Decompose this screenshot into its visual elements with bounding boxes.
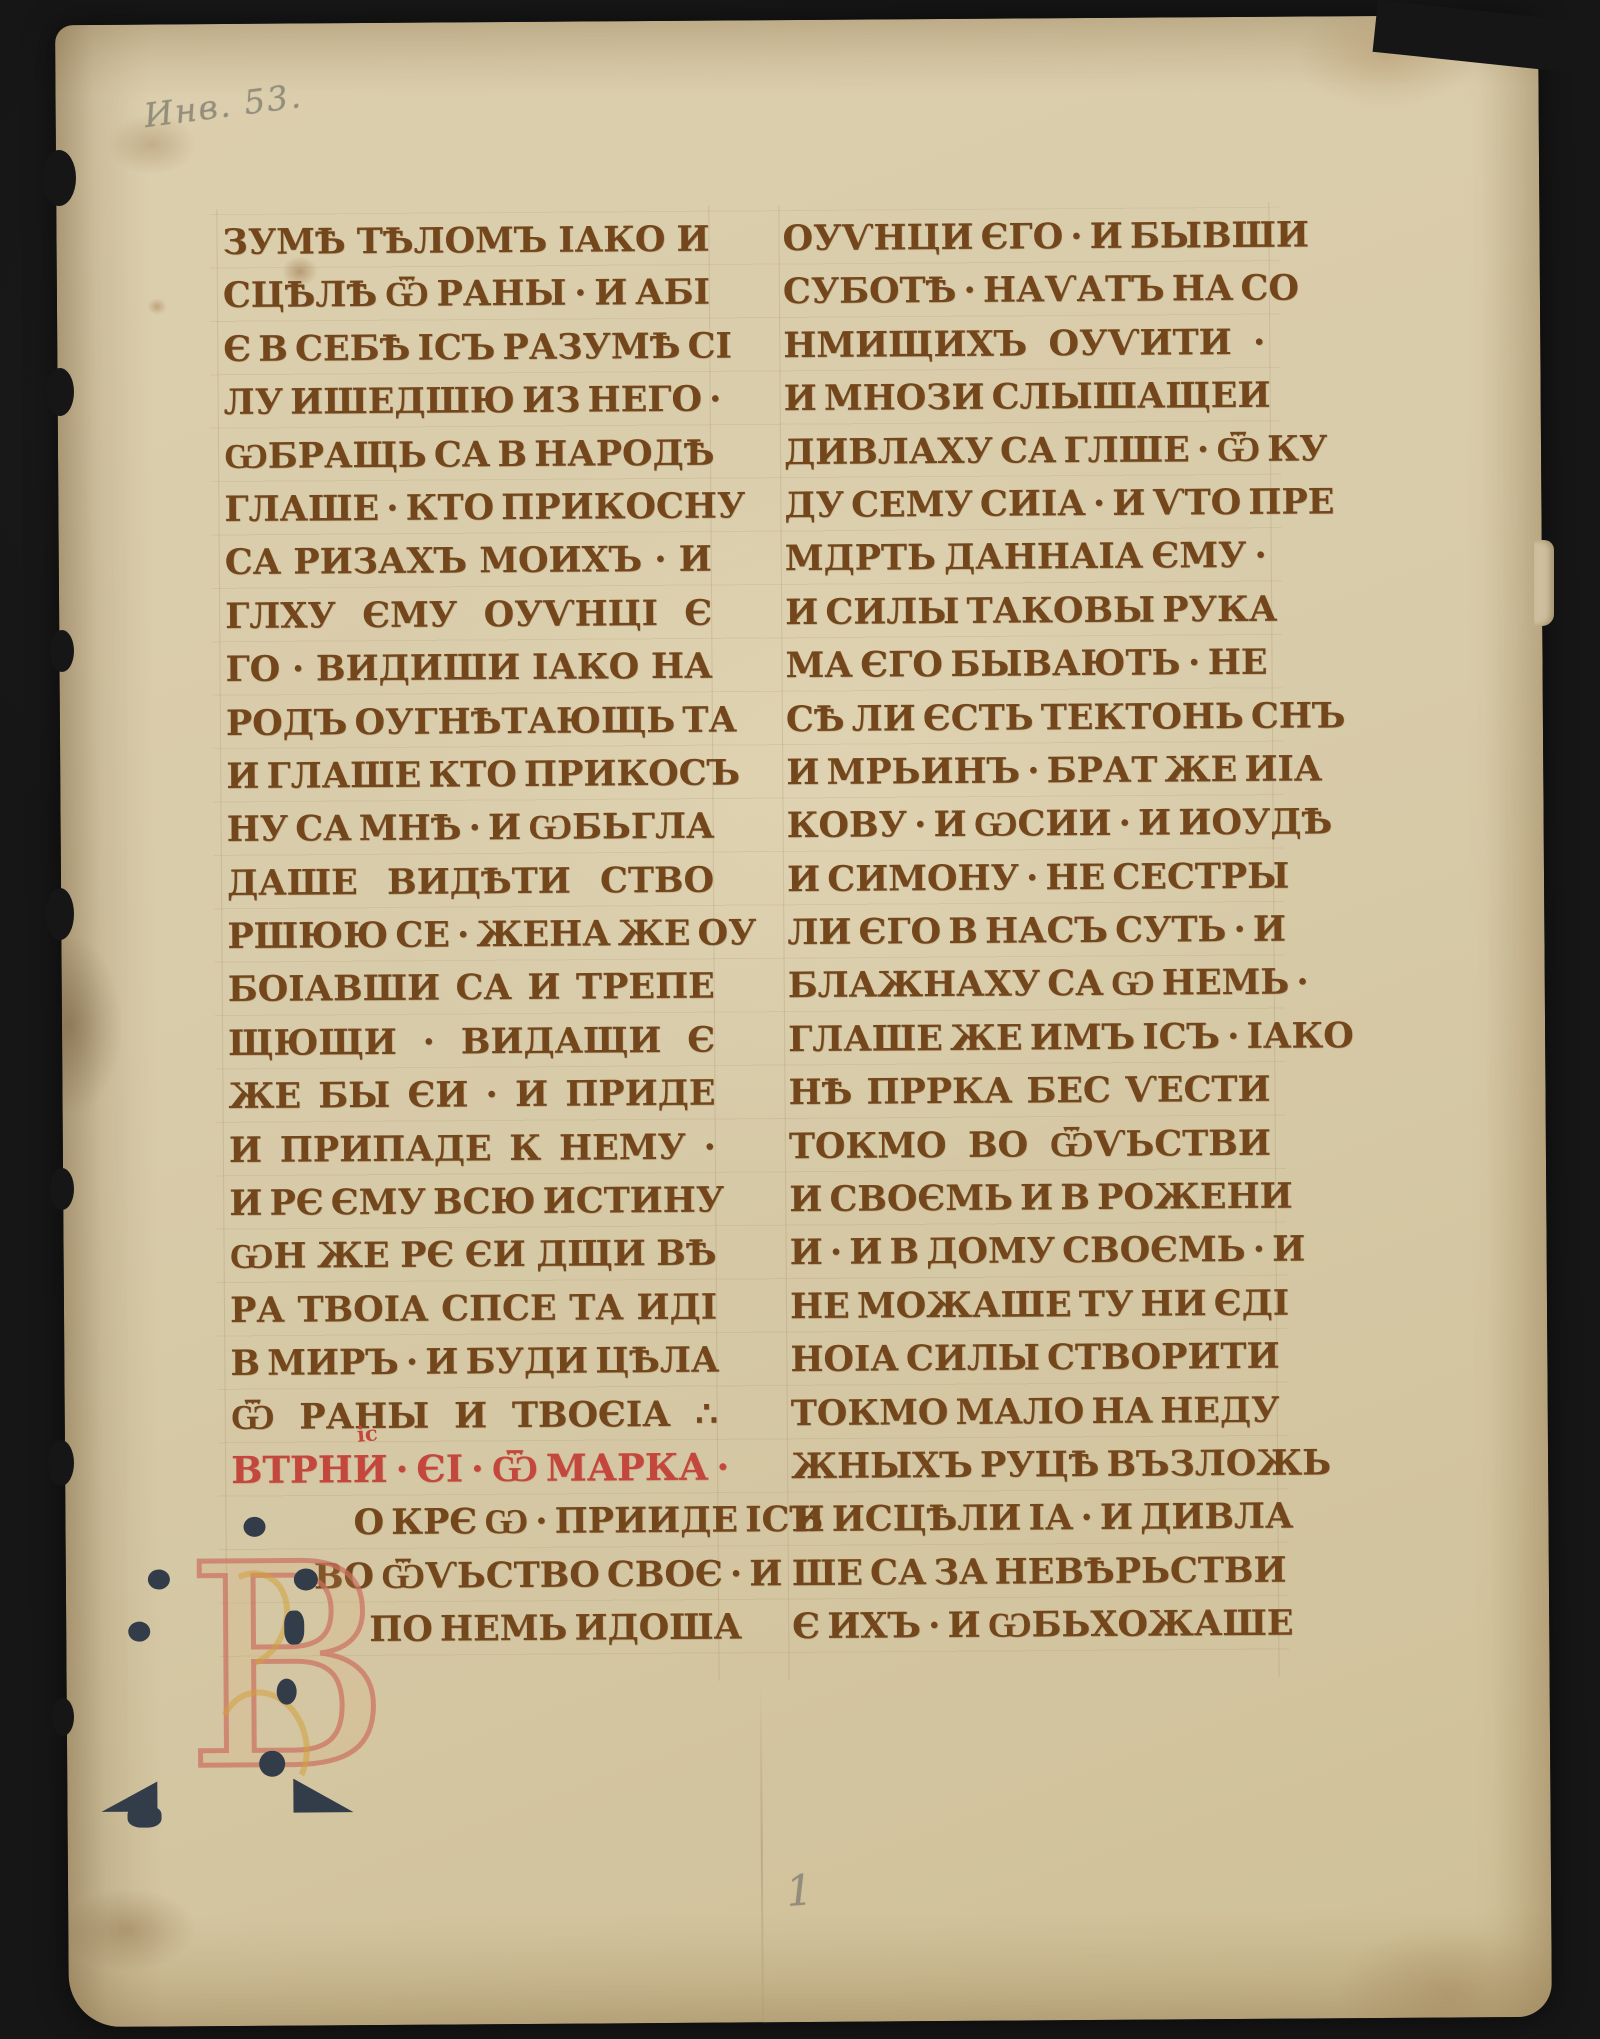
manuscript-text-line: ДАШЕ ВИДѢТИ СТВО	[227, 853, 714, 910]
binding-tear	[46, 888, 74, 940]
lection-rubric-line: ВТРНИ · ЄІ · Ѿ МАРКА ·	[231, 1441, 718, 1498]
initial-dot	[128, 1622, 150, 1642]
manuscript-text-line: ТОКМО ВО ѾѴЬСТВИ	[789, 1116, 1271, 1173]
manuscript-text-line: ЖЕ БЫ ЄИ · И ПРИДЕ	[228, 1067, 715, 1124]
manuscript-text-line: РОДЪ ОУГНѢТАЮЩЬ ТА	[226, 693, 713, 750]
manuscript-text-line: ГЛАШЕ ЖЕ ИМЪ ІСЪ · ІАКО	[788, 1010, 1270, 1067]
manuscript-text-line: ЖНЫХЪ РУЦѢ ВЪЗЛОЖЬ	[791, 1437, 1273, 1494]
manuscript-text-line: И СВОЄМЬ И В РОЖЕНИ	[789, 1170, 1271, 1227]
manuscript-text-line: БЛАЖНАХУ СА Ѡ НЕМЬ ·	[788, 956, 1270, 1013]
manuscript-text-line: СЦѢЛѢ Ѿ РАНЫ · И АБІ	[223, 266, 710, 323]
manuscript-text-line: И РЄ ЄМУ ВСЮ ИСТИНУ	[229, 1174, 716, 1231]
binding-tear	[42, 150, 76, 206]
manuscript-text-line: МА ЄГО БЫВАЮТЬ · НЕ	[785, 636, 1267, 693]
manuscript-text-line: ѠБРАЩЬ СА В НАРОДѢ	[224, 426, 711, 483]
manuscript-leaf: Инв. 53. ЗУМѢ ТѢЛОМЪ ІАКО ИСЦѢЛѢ Ѿ РАНЫ …	[55, 15, 1552, 2027]
manuscript-text-line: ГО · ВИДИШИ ІАКО НА	[225, 640, 712, 697]
initial-dot	[148, 1569, 170, 1589]
manuscript-text-line: НЕ МОЖАШЕ ТУ НИ ЄДІ	[790, 1277, 1272, 1334]
manuscript-text-line: И МРЬИНЪ · БРАТ ЖЕ ИІА	[786, 743, 1268, 800]
binding-tear	[50, 1168, 74, 1210]
binding-tear	[48, 1440, 74, 1486]
rubric-superscript: іс	[356, 1420, 379, 1447]
manuscript-text-line: ОУѴНЦИ ЄГО · И БЫВШИ	[782, 209, 1264, 266]
binding-tear	[46, 368, 74, 416]
manuscript-text-line: НУ СА МНѢ · И ѠБЬГЛА	[226, 800, 713, 857]
binding-tear	[50, 630, 74, 672]
manuscript-text-line: ЗУМѢ ТѢЛОМЪ ІАКО И	[222, 213, 709, 270]
manuscript-text-line: СѢ ЛИ ЄСТЬ ТЕКТОНЬ СНЪ	[786, 689, 1268, 746]
manuscript-text-line: ДУ СЕМУ СИІА · И ѴТО ПРЕ	[784, 476, 1266, 533]
initial-foot	[293, 1778, 353, 1812]
manuscript-text-line: СУБОТѢ · НАѴАТЪ НА СО	[783, 262, 1265, 319]
manuscript-text-line: РШЮЮ СЕ · ЖЕНА ЖЕ ОУ	[227, 907, 714, 964]
parchment-tab	[1534, 540, 1554, 626]
manuscript-text-line: ѠН ЖЕ РЄ ЄИ ДЩИ ВѢ	[229, 1227, 716, 1284]
manuscript-text-line: ДИВЛАХУ СА ГЛШЕ · Ѿ КУ	[784, 422, 1266, 479]
manuscript-text-line: Є В СЕБѢ ІСЪ РАЗУМѢ СІ	[223, 319, 710, 376]
initial-dot	[294, 1568, 318, 1590]
manuscript-text-line: ШЕ СА ЗА НЕВѢРЬСТВИ	[792, 1543, 1274, 1600]
manuscript-text-line: ЛУ ИШЕДШЮ ИЗ НЕГО ·	[223, 373, 710, 430]
initial-dot	[277, 1679, 297, 1705]
manuscript-text-line: НМИЩИХЪ ОУѴИТИ ·	[783, 316, 1265, 373]
manuscript-text-line: РА ТВОІА СПСЕ ТА ИДІ	[230, 1280, 717, 1337]
manuscript-text-line: БОІАВШИ СА И ТРЕПЕ	[228, 960, 715, 1017]
manuscript-text-line: И ИСЦѢЛИ ІА · И ДИВЛА	[791, 1490, 1273, 1547]
manuscript-text-line: Ѿ РАНЫ И ТВОЄІА ∴	[231, 1387, 718, 1444]
page-number-pencil: 1	[784, 1865, 814, 1916]
manuscript-text-line: И МНОЗИ СЛЫШАЩЕИ	[783, 369, 1265, 426]
manuscript-text-line: И ГЛАШЕ КТО ПРИКОСЪ	[226, 747, 713, 804]
initial-dot	[259, 1751, 285, 1777]
manuscript-text-line: СА РИЗАХЪ МОИХЪ · И	[225, 533, 712, 590]
manuscript-text-line: КОВУ · И ѠСИИ · И ИОУДѢ	[786, 796, 1268, 853]
decorated-initial-v: В	[166, 1528, 383, 1839]
manuscript-text-line: Є ИХЪ · И ѠБЬХОЖАШЕ	[792, 1597, 1274, 1654]
manuscript-text-line: И ПРИПАДЕ К НЕМУ ·	[229, 1120, 716, 1177]
manuscript-text-line: НѢ ПРРКА БЕС ѴЕСТИ	[788, 1063, 1270, 1120]
manuscript-text-line: ГЛХУ ЄМУ ОУѴНЦІ Є	[225, 586, 712, 643]
manuscript-text-line: МДРТЬ ДАННАІА ЄМУ ·	[785, 529, 1267, 586]
initial-dot	[284, 1611, 304, 1645]
text-column-left: ЗУМѢ ТѢЛОМЪ ІАКО ИСЦѢЛѢ Ѿ РАНЫ · И АБІЄ …	[222, 213, 719, 1658]
manuscript-text-line: ТОКМО МАЛО НА НЕДУ	[791, 1383, 1273, 1440]
manuscript-text-line: И СИЛЫ ТАКОВЫ РУКА	[785, 582, 1267, 639]
manuscript-text-line: И · И В ДОМУ СВОЄМЬ · И	[789, 1223, 1271, 1280]
manuscript-text-line: НОІА СИЛЫ СТВОРИТИ	[790, 1330, 1272, 1387]
initial-dot	[243, 1517, 265, 1537]
binding-tear	[52, 1698, 74, 1736]
pencil-inventory-note: Инв. 53.	[142, 76, 305, 135]
text-column-right: ОУѴНЦИ ЄГО · И БЫВШИСУБОТѢ · НАѴАТЪ НА С…	[782, 209, 1274, 1654]
manuscript-text-line: В МИРЪ · И БУДИ ЦѢЛА	[230, 1334, 717, 1391]
manuscript-text-line: И СИМОНУ · НЕ СЕСТРЫ	[787, 849, 1269, 906]
parchment-crease	[760, 1680, 764, 2022]
manuscript-text-line: ЩЮЩИ · ВИДАЩИ Є	[228, 1013, 715, 1070]
manuscript-text-line: ЛИ ЄГО В НАСЪ СУТЬ · И	[787, 903, 1269, 960]
manuscript-text-line: ГЛАШЕ · КТО ПРИКОСНУ	[224, 480, 711, 537]
initial-foot	[127, 1806, 161, 1828]
photo-background: { "photo": { "background_color": "#16161…	[0, 0, 1600, 2039]
